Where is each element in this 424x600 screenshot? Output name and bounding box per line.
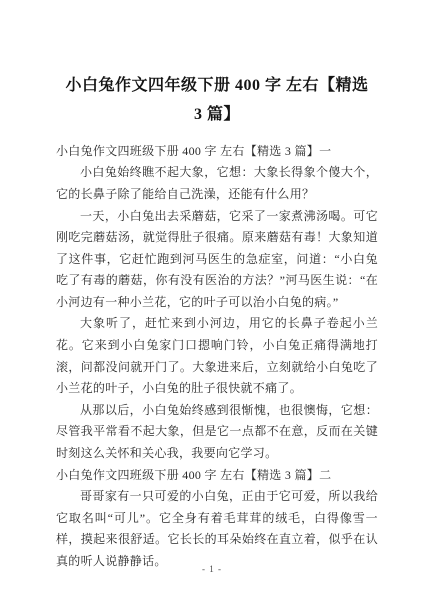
document-title-line2: 3 篇】 (56, 100, 378, 129)
paragraph-1: 小白兔始终瞧不起大象，它想：大象长得象个傻大个，它的长鼻子除了能给自己洗澡，还能… (56, 162, 378, 205)
page-number: - 1 - (0, 564, 424, 574)
document-title-line1: 小白兔作文四年级下册 400 字 左右【精选 (56, 71, 378, 100)
paragraph-3: 大象听了，赶忙来到小河边，用它的长鼻子卷起小兰花。它来到小白兔家门口摁响门铃，小… (56, 313, 378, 399)
document-title: 小白兔作文四年级下册 400 字 左右【精选 3 篇】 (56, 71, 378, 129)
paragraph-5: 哥哥家有一只可爱的小白兔，正由于它可爱，所以我给它取名叫“可儿”。它全身有着毛茸… (56, 486, 378, 572)
paragraph-4: 从那以后，小白兔始终感到很惭愧，也很懊悔，它想：尽管我平常看不起大象，但是它一点… (56, 400, 378, 465)
section-heading-1: 小白兔作文四班级下册 400 字 左右【精选 3 篇】一 (56, 141, 378, 163)
section-heading-2: 小白兔作文四班级下册 400 字 左右【精选 3 篇】二 (56, 465, 378, 487)
paragraph-2: 一天，小白兔出去采蘑菇，它采了一家煮沸汤喝。可它刚吃完蘑菇汤，就觉得肚子很痛。原… (56, 206, 378, 314)
document-page: 小白兔作文四年级下册 400 字 左右【精选 3 篇】 小白兔作文四班级下册 4… (0, 0, 424, 600)
document-body: 小白兔作文四班级下册 400 字 左右【精选 3 篇】一 小白兔始终瞧不起大象，… (56, 141, 378, 573)
